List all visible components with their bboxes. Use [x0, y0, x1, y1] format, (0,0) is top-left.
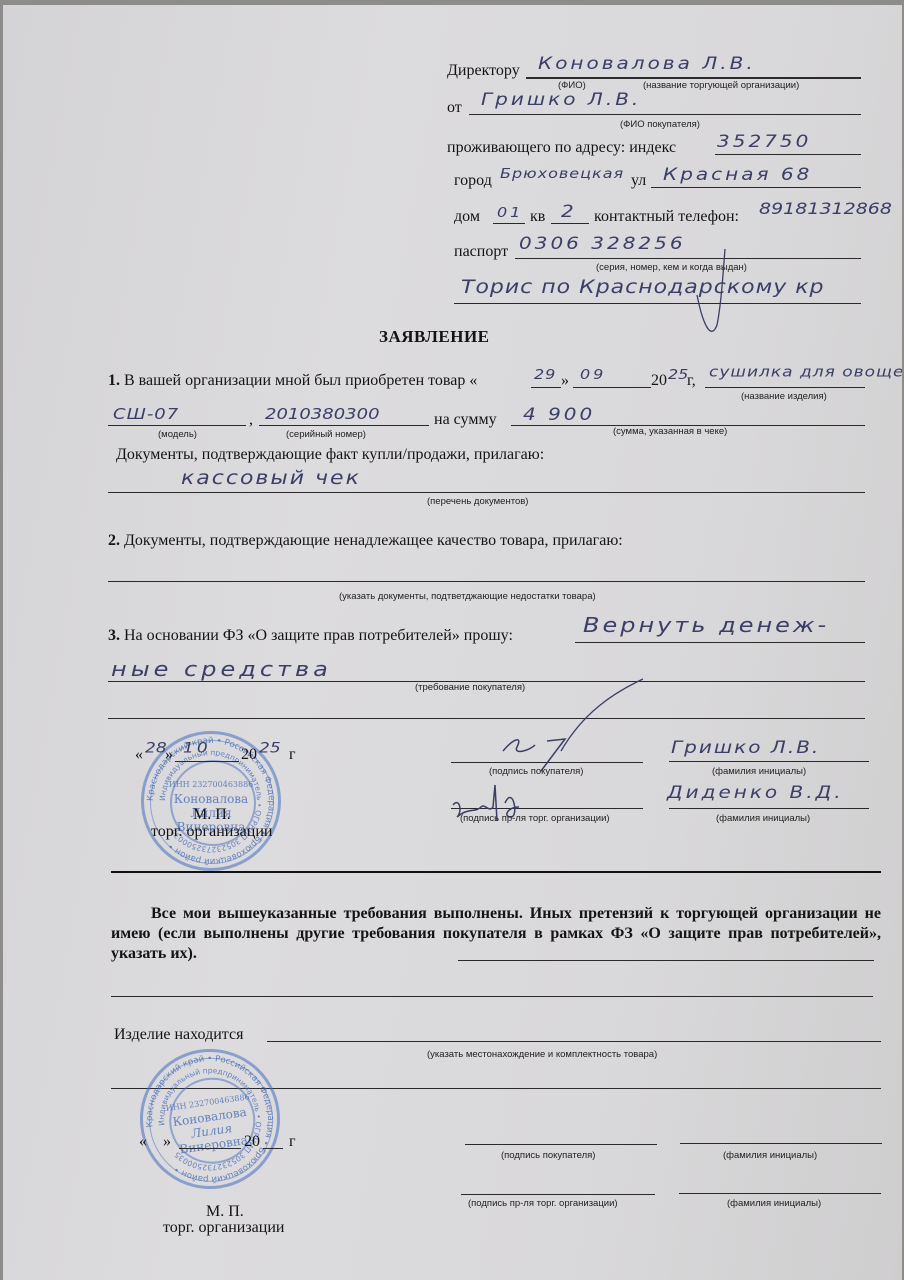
month-line [573, 387, 651, 388]
closing-paragraph: Все мои вышеуказанные требования выполне… [111, 904, 881, 964]
purchase-month-field[interactable]: 09 [580, 366, 606, 382]
street-field[interactable]: Красная 68 [663, 164, 812, 184]
model-line [108, 425, 246, 426]
rep-initials-line [669, 808, 869, 809]
caption-buyer: (ФИО покупателя) [620, 119, 700, 130]
from-line [469, 114, 861, 115]
caption-rep-initials: (фамилия инициалы) [716, 813, 810, 824]
serial-number-field[interactable]: 2010380300 [265, 406, 380, 424]
section1-number: 1. [108, 372, 120, 389]
sig1-day-field[interactable]: 28 [145, 740, 167, 757]
phone-label: контактный телефон: [594, 208, 739, 226]
phone-field[interactable]: 89181312868 [759, 200, 892, 219]
address-label: проживающего по адресу: индекс [447, 139, 676, 157]
caption-serial: (серийный номер) [286, 429, 366, 440]
section2-number: 2. [108, 532, 120, 549]
city-field[interactable]: Брюховецкая [500, 165, 624, 181]
house-field[interactable]: 01 [497, 204, 523, 220]
application-form-page: Директору Коновалова Л.В. (ФИО) (названи… [3, 5, 902, 1280]
section3-number: 3. [108, 627, 120, 644]
caption-docs: (перечень документов) [427, 496, 528, 507]
caption-buyer-initials: (фамилия инициалы) [712, 766, 806, 777]
product-line [705, 387, 865, 388]
comma: , [249, 411, 253, 429]
sig2-rep-signature-line[interactable] [461, 1194, 655, 1195]
docs-field[interactable]: кассовый чек [181, 468, 361, 489]
house-line [493, 223, 525, 224]
stamp-name-1: Коновалова [144, 792, 278, 806]
document-title: ЗАЯВЛЕНИЕ [379, 327, 490, 347]
section2-text: 2. Документы, подтверждающие ненадлежаще… [108, 532, 623, 550]
sig2-year-prefix: 20 [244, 1133, 260, 1151]
sig2-mp-org: торг. организации [163, 1219, 284, 1237]
passport-line [515, 258, 861, 259]
section-divider [111, 871, 881, 873]
city-label: город [454, 172, 492, 190]
buyer-initials-field[interactable]: Гришко Л.В. [671, 737, 820, 757]
docs-line [108, 492, 865, 493]
caption-buyer-signature: (подпись покупателя) [489, 766, 583, 777]
caption-model: (модель) [158, 429, 197, 440]
sig2-year-line [263, 1148, 283, 1149]
section3-line1 [575, 642, 865, 643]
sig2-caption-rep-signature: (подпись пр-ля торг. организации) [468, 1198, 618, 1209]
director-line [526, 77, 861, 79]
request-field-line1[interactable]: Вернуть денеж- [583, 613, 829, 637]
caption-section2: (указать документы, подтветджающие недос… [339, 591, 596, 602]
caption-sum: (сумма, указанная в чеке) [613, 426, 727, 437]
street-label: ул [631, 172, 646, 190]
serial-line [259, 425, 429, 426]
sig2-date-open: « [139, 1133, 147, 1151]
director-field[interactable]: Коновалова Л.В. [538, 53, 756, 73]
purchase-day-field[interactable]: 29 [534, 366, 556, 382]
sig1-date-open: « [135, 746, 143, 764]
section3-text: 3. На основании ФЗ «О защите прав потреб… [108, 627, 513, 645]
sig2-caption-rep-initials: (фамилия инициалы) [727, 1198, 821, 1209]
sig2-month-line [179, 1148, 241, 1149]
closing-line1 [458, 960, 874, 961]
buyer-signature[interactable] [483, 673, 663, 773]
caption-rep-signature: (подпись пр-ля торг. организации) [460, 813, 610, 824]
apt-line [551, 223, 589, 224]
location-line [267, 1041, 881, 1042]
sig2-rep-initials-line[interactable] [679, 1193, 881, 1194]
passport-handwriting-stroke [693, 245, 733, 345]
sig1-month-field[interactable]: 10 [183, 740, 211, 757]
from-label: от [447, 99, 462, 117]
sig2-date-close: » [163, 1133, 171, 1151]
passport-issued-line [454, 303, 861, 304]
section2-line [108, 581, 865, 582]
caption-product: (название изделия) [741, 391, 827, 402]
sig1-year-suffix: г [289, 746, 296, 764]
sig2-caption-buyer-initials: (фамилия инициалы) [723, 1150, 817, 1161]
passport-issued-field[interactable]: Торис по Краснодарскому кр [461, 277, 824, 298]
from-field[interactable]: Гришко Л.В. [481, 89, 641, 109]
sig1-date-close: » [165, 746, 173, 764]
section2-intro: Документы, подтверждающие ненадлежащее к… [124, 532, 623, 549]
location-label: Изделие находится [114, 1026, 243, 1044]
index-line [715, 154, 861, 155]
street-line [651, 187, 861, 188]
sig1-month-line [175, 761, 239, 762]
house-label: дом [454, 208, 480, 226]
passport-field[interactable]: 0306 328256 [519, 233, 686, 253]
section1-intro: В вашей организации мной был приобретен … [124, 372, 477, 389]
director-label: Директору [447, 62, 520, 80]
index-field[interactable]: 352750 [717, 131, 811, 151]
sig1-mp-org: торг. организации [151, 823, 272, 841]
purchase-year-field[interactable]: 25 [668, 366, 688, 382]
closing-line2 [111, 996, 873, 997]
sig2-buyer-initials-line[interactable] [680, 1143, 882, 1144]
sig2-buyer-signature-line[interactable] [465, 1144, 657, 1145]
sum-field[interactable]: 4 900 [523, 404, 595, 424]
model-field[interactable]: СШ-07 [113, 406, 179, 424]
sum-label: на сумму [434, 411, 497, 429]
sig2-year-suffix: г [289, 1133, 296, 1151]
docs-label: Документы, подтверждающие факт купли/про… [116, 446, 544, 464]
apt-label: кв [530, 208, 545, 226]
organization-stamp-2: Краснодарский край • Российская Федераци… [131, 1040, 289, 1198]
passport-label: паспорт [454, 243, 508, 261]
section3-intro: На основании ФЗ «О защите прав потребите… [124, 627, 513, 644]
sig2-caption-buyer-signature: (подпись покупателя) [501, 1150, 595, 1161]
caption-org: (название торгующей организации) [643, 80, 799, 91]
buyer-initials-line [669, 761, 869, 762]
request-field-line2[interactable]: ные средства [111, 657, 332, 681]
year-suffix: г, [687, 372, 696, 390]
sig1-year-field[interactable]: 25 [259, 740, 281, 757]
caption-location: (указать местонахождение и комплектность… [427, 1049, 657, 1060]
year-prefix: 20 [651, 372, 667, 390]
day-line [531, 387, 561, 388]
sig1-year-prefix: 20 [241, 746, 257, 764]
sig1-mp-label: М. П. [193, 806, 231, 824]
stamp-inn: ИНН 232700463886 [144, 778, 278, 792]
quote-close: » [561, 372, 569, 390]
apt-field[interactable]: 2 [561, 201, 577, 221]
section1-text: 1. В вашей организации мной был приобрет… [108, 372, 477, 390]
rep-initials-field[interactable]: Диденко В.Д. [667, 782, 844, 802]
product-name-field[interactable]: сушилка для овощей [709, 364, 902, 381]
